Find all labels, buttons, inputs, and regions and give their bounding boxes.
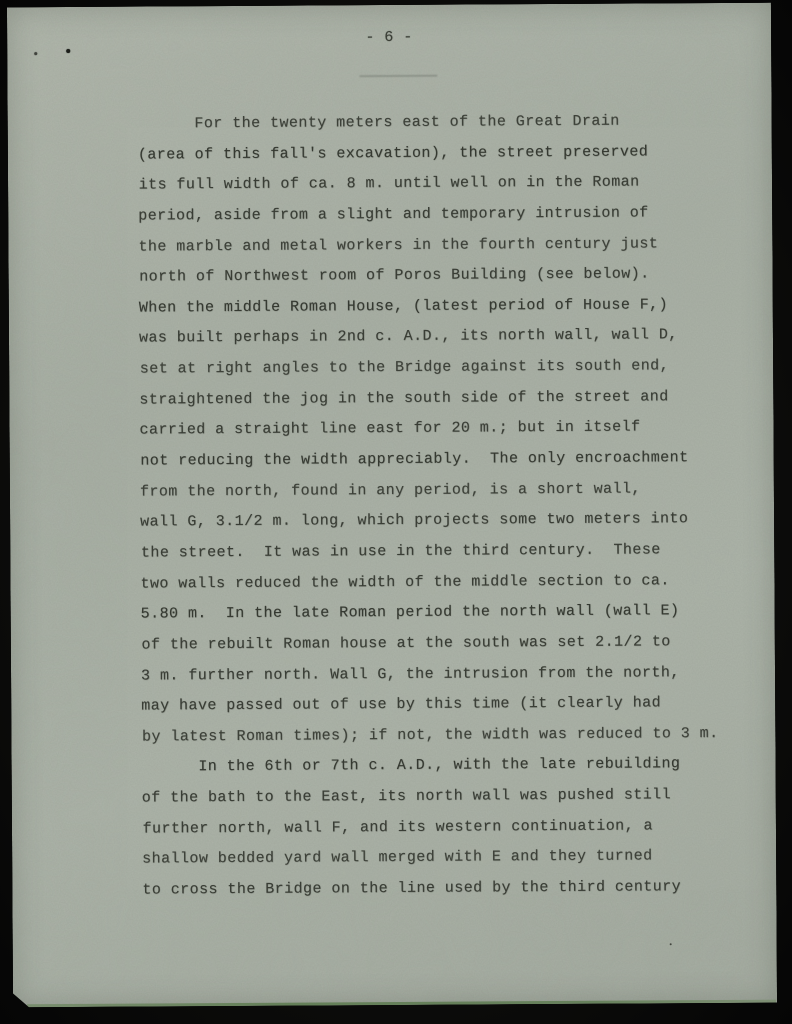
typed-line: In the 6th or 7th c. A.D., with the late… — [142, 749, 719, 783]
typed-line: by latest Roman times); if not, the widt… — [142, 719, 719, 753]
typed-line: the marble and metal workers in the four… — [138, 229, 715, 263]
typed-line: carried a straight line east for 20 m.; … — [139, 412, 716, 446]
typed-line: the street. It was in use in the third c… — [141, 535, 718, 569]
typed-line: not reducing the width appreciably. The … — [140, 443, 717, 477]
typed-line: to cross the Bridge on the line used by … — [142, 872, 719, 906]
typed-line: was built perhaps in 2nd c. A.D., its no… — [139, 321, 716, 355]
document-page: - 6 - For the twenty meters east of the … — [7, 3, 777, 1008]
typed-line: may have passed out of use by this time … — [141, 688, 718, 722]
typed-line: from the north, found in any period, is … — [140, 474, 717, 508]
ink-dot-right — [66, 49, 70, 53]
scan-background: - 6 - For the twenty meters east of the … — [0, 0, 792, 1024]
typed-line: set at right angles to the Bridge agains… — [140, 351, 717, 385]
paper-speck — [670, 943, 672, 945]
typed-line: 5.80 m. In the late Roman period the nor… — [141, 596, 718, 630]
typed-line: of the rebuilt Roman house at the south … — [141, 627, 718, 661]
smudge-mark — [359, 75, 437, 77]
typed-line: north of Northwest room of Poros Buildin… — [139, 259, 716, 293]
page-bottom-edge — [27, 1000, 776, 1008]
typed-text: For the twenty meters east of the Great … — [138, 106, 719, 906]
typed-line: 3 m. further north. Wall G, the intrusio… — [141, 658, 718, 692]
typed-line: shallow bedded yard wall merged with E a… — [142, 841, 719, 875]
typed-line: period, aside from a slight and temporar… — [138, 198, 715, 232]
typed-line: straightened the jog in the south side o… — [139, 382, 716, 416]
typed-line: of the bath to the East, its north wall … — [142, 780, 719, 814]
typed-line: its full width of ca. 8 m. until well on… — [139, 167, 716, 201]
typed-line: (area of this fall's excavation), the st… — [138, 137, 715, 171]
typed-line: wall G, 3.1/2 m. long, which projects so… — [140, 504, 717, 538]
typed-line: further north, wall F, and its western c… — [142, 811, 719, 845]
ink-dot-left — [34, 52, 37, 55]
typed-line: For the twenty meters east of the Great … — [138, 106, 715, 140]
typed-line: two walls reduced the width of the middl… — [140, 566, 717, 600]
typed-line: When the middle Roman House, (latest per… — [139, 290, 716, 324]
page-number: - 6 - — [7, 27, 771, 49]
